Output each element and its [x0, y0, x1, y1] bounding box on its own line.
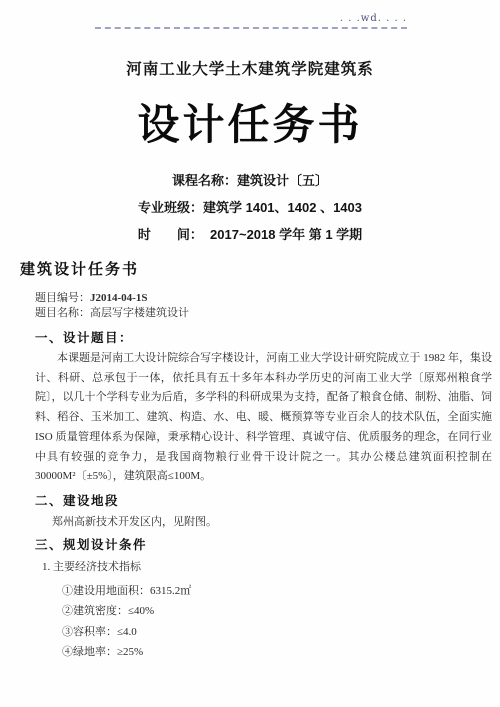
- university-department: 河南工业大学土木建筑学院建筑系: [0, 57, 500, 79]
- meta-block: 题目编号：J2014-04-1S 题目名称：高层写字楼建筑设计: [35, 291, 492, 320]
- section-2-location: 郑州高新技术开发区内，见附图。: [35, 514, 492, 530]
- section-1-heading: 一、设计题目：: [35, 329, 492, 347]
- task-book-heading: 建筑设计任务书: [20, 260, 492, 280]
- course-name-line: 课程名称：建筑设计〔五〕: [0, 167, 500, 194]
- document-page: . . .wd. . . . 河南工业大学土木建筑学院建筑系 设计任务书 课程名…: [0, 0, 500, 707]
- topic-number-value: J2014-04-1S: [90, 292, 147, 304]
- indicator-list: ①建设用地面积：6315.2㎡ ②建筑密度：≤40% ③容积率：≤4.0 ④绿地…: [35, 581, 492, 663]
- indicator-item-green-ratio: ④绿地率：≥25%: [62, 642, 492, 663]
- time-line: 时 间： 2017~2018 学年 第 1 学期: [0, 221, 500, 248]
- cover-info-block: 课程名称：建筑设计〔五〕 专业班级：建筑学 1401、1402 、1403 时 …: [0, 167, 500, 248]
- topic-name-label: 题目名称：: [35, 307, 90, 319]
- section-2-heading: 二、建设地段: [35, 492, 492, 510]
- topic-name-line: 题目名称：高层写字楼建筑设计: [35, 306, 492, 321]
- indicator-item-land-area: ①建设用地面积：6315.2㎡: [62, 581, 492, 602]
- section-3-subheading: 1. 主要经济技术指标: [35, 559, 492, 575]
- indicator-item-building-density: ②建筑密度：≤40%: [62, 601, 492, 622]
- topic-number-line: 题目编号：J2014-04-1S: [35, 291, 492, 306]
- section-3-heading: 三、规划设计条件: [35, 536, 492, 554]
- indicator-item-plot-ratio: ③容积率：≤4.0: [62, 622, 492, 643]
- topic-name-value: 高层写字楼建筑设计: [90, 307, 189, 319]
- topic-number-label: 题目编号：: [35, 292, 90, 304]
- cover-section: 河南工业大学土木建筑学院建筑系 设计任务书 课程名称：建筑设计〔五〕 专业班级：…: [0, 0, 500, 248]
- section-1-paragraph: 本课题是河南工大设计院综合写字楼设计，河南工业大学设计研究院成立于 1982 年…: [35, 349, 492, 487]
- content-section: 建筑设计任务书 题目编号：J2014-04-1S 题目名称：高层写字楼建筑设计 …: [35, 260, 492, 663]
- class-line: 专业班级：建筑学 1401、1402 、1403: [0, 194, 500, 221]
- document-title: 设计任务书: [0, 92, 500, 152]
